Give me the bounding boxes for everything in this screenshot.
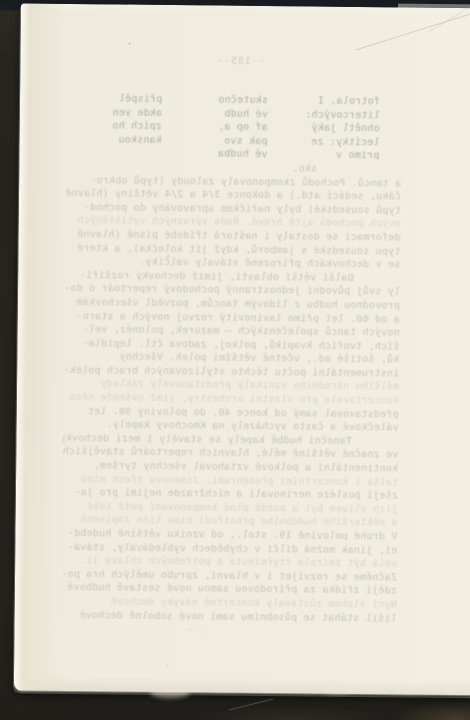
paper-crease (428, 4, 470, 32)
page-number-bleedthrough: --185-- (208, 55, 272, 67)
scanner-reflection (428, 682, 470, 692)
paper-speck (166, 665, 169, 666)
scanner-scratch (229, 698, 274, 710)
bleedthrough-text: fotrola. I skutečno přispěllitercových: … (60, 92, 402, 639)
paper-crease (355, 14, 470, 51)
scanner-reflection (150, 688, 190, 698)
bleedthrough-line: . — (60, 622, 396, 639)
paper-speck (129, 43, 131, 45)
scanner-reflection (320, 684, 354, 694)
book-page: --185-- fotrola. I skutečno přispělliter… (14, 3, 470, 696)
paper-speck (167, 255, 169, 257)
page-bottom-edge (14, 690, 470, 697)
scanner-background: --185-- fotrola. I skutečno přispělliter… (0, 0, 470, 720)
